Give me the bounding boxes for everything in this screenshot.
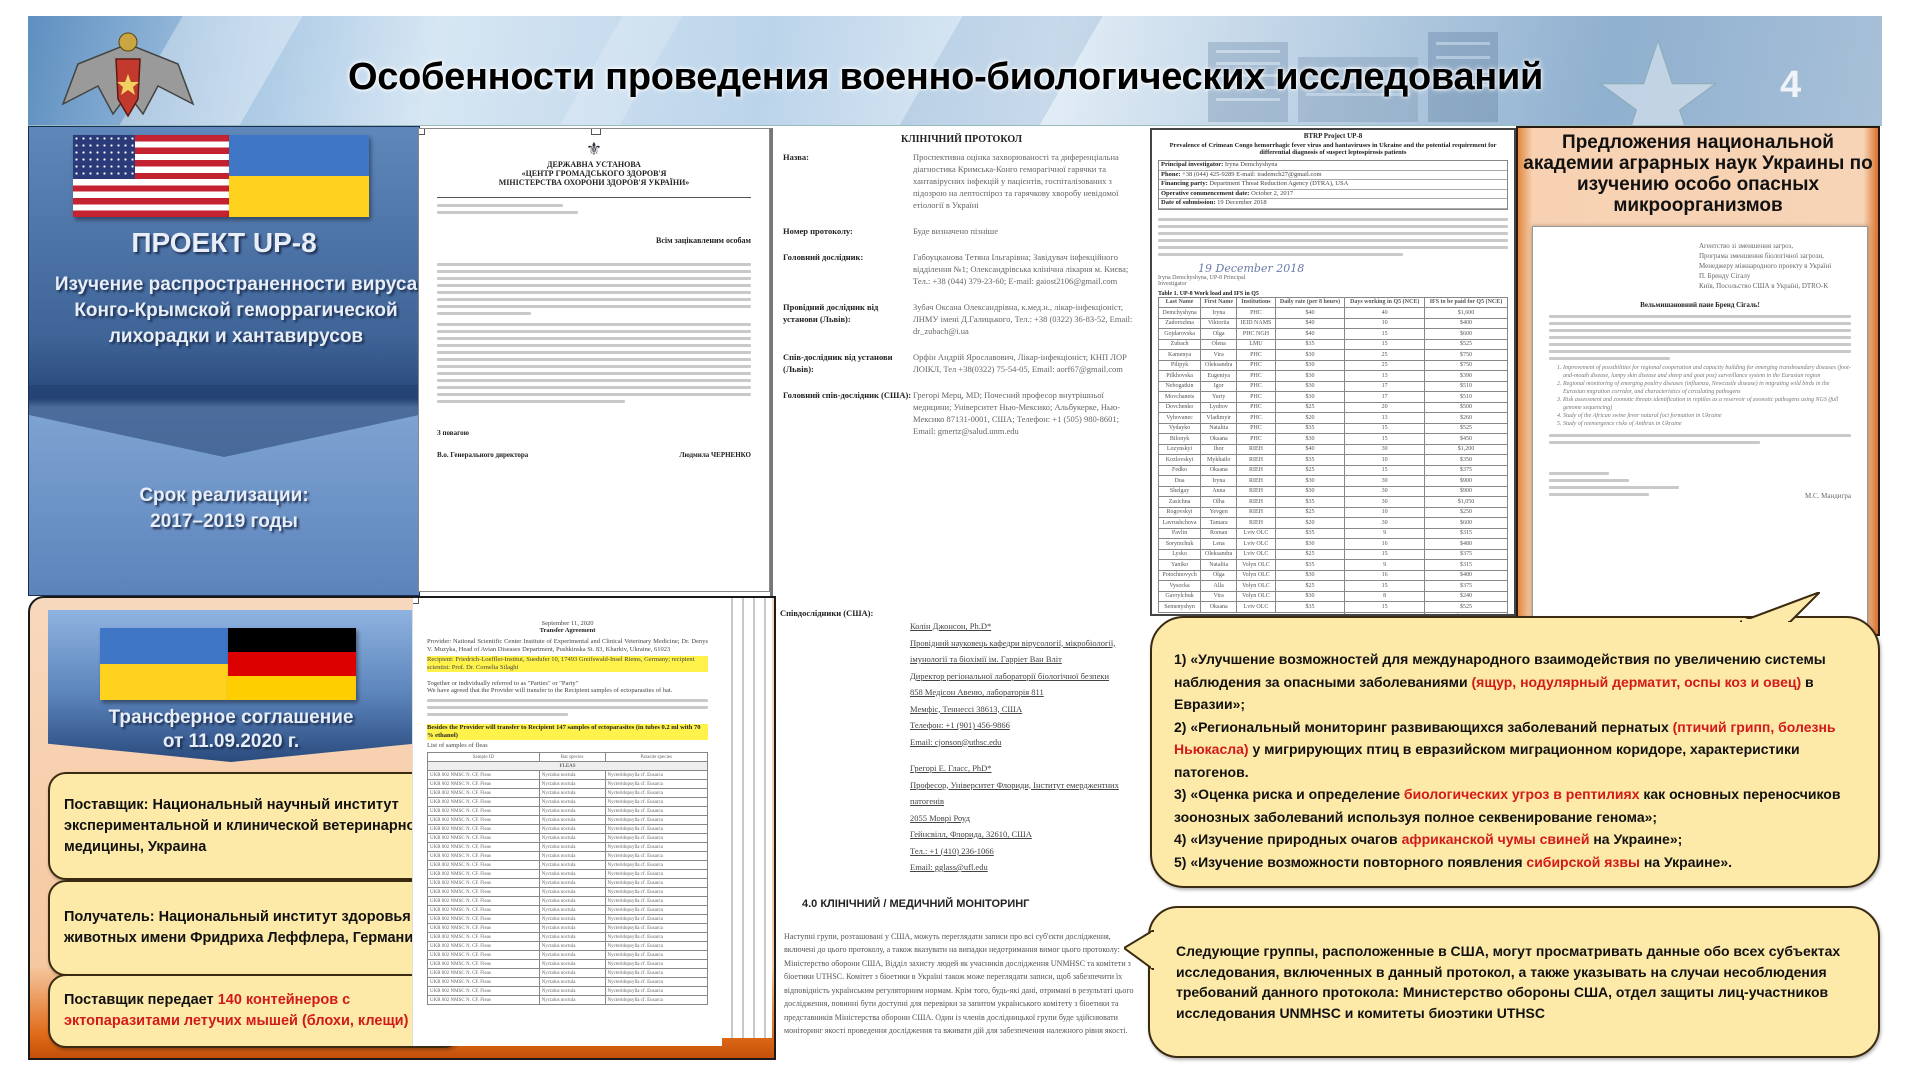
- table-row: KamenyaViraPHC$3025$750: [1159, 350, 1508, 361]
- sample-id: UKR 002 NMSC N. CF. Fleas: [428, 870, 540, 879]
- us-groups-text: Следующие группы, расположенные в США, м…: [1176, 941, 1860, 1023]
- table-cell: $400: [1424, 318, 1507, 329]
- table-cell: 15: [1345, 602, 1425, 613]
- parasite-species: Nycteridopsylla cf. Eusarca: [605, 933, 708, 942]
- protocol-field: Головний спів-дослідник (США):Грегорі Ме…: [783, 389, 1140, 437]
- naan-proposals-panel: Предложения национальной академии аграрн…: [1516, 126, 1880, 636]
- table-cell: Lysko: [1159, 549, 1201, 560]
- table-row: UKR 002 NMSC N. CF. FleasNyctalus noctul…: [428, 807, 708, 816]
- letter-item: Improvement of possibilities for regiona…: [1563, 364, 1851, 380]
- info-value: +38 (044) 425-9289 E-mail: irademch27@gm…: [1182, 171, 1321, 178]
- coinvestigators-label: Співдослідники (США):: [780, 608, 1146, 618]
- table-cell: RIEH: [1237, 486, 1275, 497]
- table-row: UKR 002 NMSC N. CF. FleasNyctalus noctul…: [428, 852, 708, 861]
- sample-id: UKR 002 NMSC N. CF. Fleas: [428, 789, 540, 798]
- letter-salutation: Вельмишановний пане Бренд Сігаль!: [1549, 301, 1851, 309]
- table-cell: 15: [1345, 581, 1425, 592]
- table-cell: 9: [1345, 528, 1425, 539]
- table-row: UKR 002 NMSC N. CF. FleasNyctalus noctul…: [428, 978, 708, 987]
- table-cell: $525: [1424, 602, 1507, 613]
- table-cell: LMU: [1237, 339, 1275, 350]
- table-cell: 30: [1345, 518, 1425, 529]
- table-cell: Vysocka: [1159, 581, 1201, 592]
- table-cell: $240: [1424, 591, 1507, 602]
- person-line: 2055 Моврі Роуд: [780, 810, 1146, 827]
- list-caption: List of samples of fleas: [427, 742, 708, 749]
- table-row: UKR 002 NMSC N. CF. FleasNyctalus noctul…: [428, 834, 708, 843]
- table-cell: Anna: [1201, 486, 1237, 497]
- person-line: Email: gglass@ufl.edu: [780, 859, 1146, 876]
- field-value: Проспективна оцінка захворюваності та ди…: [913, 151, 1140, 211]
- field-value: Габоуцканова Тетяна Ільгарівна; Завідува…: [913, 251, 1140, 287]
- goal-text: на Украине»;: [1589, 831, 1682, 847]
- parasite-species: Nycteridopsylla cf. Eusarca: [605, 807, 708, 816]
- sample-id: UKR 002 NMSC N. CF. Fleas: [428, 915, 540, 924]
- callout-transfer: Поставщик передает 140 контейнеров с экт…: [48, 974, 462, 1048]
- table-cell: Yuriy: [1201, 392, 1237, 403]
- table-group-row: FLEAS: [428, 762, 708, 771]
- goal-text: 4) «Изучение природных очагов: [1174, 831, 1402, 847]
- parasite-species: Nycteridopsylla cf. Eusarca: [605, 906, 708, 915]
- field-label: Головний дослідник:: [783, 251, 913, 287]
- sample-id: UKR 002 NMSC N. CF. Fleas: [428, 951, 540, 960]
- table-cell: Gojdarovska: [1159, 329, 1201, 340]
- signer-title: В.о. Генерального директора: [437, 451, 528, 459]
- goal-highlight: биологических угроз в рептилиях: [1404, 786, 1640, 802]
- table-row: UKR 002 NMSC N. CF. FleasNyctalus noctul…: [428, 915, 708, 924]
- monitoring-heading: 4.0 КЛІНІЧНИЙ / МЕДИЧНИЙ МОНІТОРИНГ: [802, 898, 1146, 910]
- table-cell: Lozynskyi: [1159, 444, 1201, 455]
- document-naan-letter[interactable]: Агентство зі зменшення загроз,Програма з…: [1532, 226, 1868, 628]
- table-cell: PHC: [1237, 402, 1275, 413]
- info-value: Department Threat Reduction Agency (DTRA…: [1209, 180, 1348, 187]
- bat-species: Nyctalus noctula: [539, 861, 605, 870]
- table-cell: $30: [1275, 539, 1345, 550]
- supplier-text: Поставщик: Национальный научный институт…: [64, 795, 446, 858]
- parasite-species: Nycteridopsylla cf. Eusarca: [605, 843, 708, 852]
- table-cell: Pilipyk: [1159, 360, 1201, 371]
- column-header: First Name: [1201, 297, 1237, 308]
- table-cell: $30: [1275, 392, 1345, 403]
- table-cell: 15: [1345, 434, 1425, 445]
- coinvestigator-johnson: Колін Джонсон, Ph.D*Провідний науковець …: [780, 618, 1146, 750]
- column-header: Institutions: [1237, 297, 1275, 308]
- bat-species: Nyctalus noctula: [539, 780, 605, 789]
- table-cell: 15: [1345, 465, 1425, 476]
- table-cell: Potochnovych: [1159, 570, 1201, 581]
- sample-id: UKR 002 NMSC N. CF. Fleas: [428, 843, 540, 852]
- sample-id: UKR 002 NMSC N. CF. Fleas: [428, 933, 540, 942]
- table-row: UKR 002 NMSC N. CF. FleasNyctalus noctul…: [428, 897, 708, 906]
- table-cell: $900: [1424, 486, 1507, 497]
- table-row: NebogatkinIgorPHC$3017$510: [1159, 381, 1508, 392]
- field-label: Головний спів-дослідник (США):: [783, 389, 913, 437]
- table-cell: $25: [1275, 581, 1345, 592]
- table-row: UKR 002 NMSC N. CF. FleasNyctalus noctul…: [428, 924, 708, 933]
- person-line: Телефон: +1 (901) 456-9866: [780, 717, 1146, 734]
- table-row: UKR 002 NMSC N. CF. FleasNyctalus noctul…: [428, 987, 708, 996]
- sample-id: UKR 002 NMSC N. CF. Fleas: [428, 888, 540, 897]
- parasite-species: Nycteridopsylla cf. Eusarca: [605, 825, 708, 834]
- table-cell: Pilkhovska: [1159, 371, 1201, 382]
- table-cell: Oksana: [1201, 434, 1237, 445]
- info-label: Date of submission:: [1161, 199, 1217, 206]
- table-cell: $30: [1275, 476, 1345, 487]
- resize-handle[interactable]: [412, 598, 419, 604]
- column-header: Days working in Q5 (NCE): [1345, 297, 1425, 308]
- table-cell: $480: [1424, 570, 1507, 581]
- header-banner: Особенности проведения военно-биологичес…: [28, 16, 1882, 126]
- table-row: VysockaAllaVolyn OLC$2515$375: [1159, 581, 1508, 592]
- table-cell: RIEH: [1237, 507, 1275, 518]
- field-value: Зубач Оксана Олександрівна, к.мед.н., лі…: [913, 301, 1140, 337]
- table-cell: 16: [1345, 570, 1425, 581]
- table-cell: $30: [1275, 350, 1345, 361]
- table-row: UKR 002 NMSC N. CF. FleasNyctalus noctul…: [428, 960, 708, 969]
- table-cell: Kamenya: [1159, 350, 1201, 361]
- agreement-date: September 11, 2020: [427, 620, 708, 627]
- sample-id: UKR 002 NMSC N. CF. Fleas: [428, 897, 540, 906]
- bat-species: Nyctalus noctula: [539, 969, 605, 978]
- term-label: Срок реализации:: [29, 483, 419, 509]
- table-cell: Volyn OLC: [1237, 560, 1275, 571]
- info-row: Financing party: Department Threat Reduc…: [1159, 180, 1507, 190]
- table-cell: $1,600: [1424, 308, 1507, 319]
- parasite-species: Nycteridopsylla cf. Eusarca: [605, 888, 708, 897]
- table-cell: $35: [1275, 339, 1345, 350]
- ukraine-flag-icon: [229, 135, 369, 217]
- table-cell: $260: [1424, 413, 1507, 424]
- table-cell: Dovchenko: [1159, 402, 1201, 413]
- protocol-field: Спів-дослідник від установи (Львів):Орфі…: [783, 351, 1140, 375]
- bat-species: Nyctalus noctula: [539, 942, 605, 951]
- report-title: BTRP Project UP-8: [1158, 132, 1508, 140]
- table-row: UKR 002 NMSC N. CF. FleasNyctalus noctul…: [428, 771, 708, 780]
- protocol-field: Головний дослідник:Габоуцканова Тетяна І…: [783, 251, 1140, 287]
- table-cell: 30: [1345, 476, 1425, 487]
- project-description: Изучение распространенности вируса Конго…: [29, 272, 443, 350]
- table-row: MovchanetsYuriyPHC$3017$510: [1159, 392, 1508, 403]
- table-cell: PHC: [1237, 308, 1275, 319]
- table-cell: Olga: [1201, 329, 1237, 340]
- org-line: ДЕРЖАВНА УСТАНОВА: [437, 160, 751, 169]
- table-row: UKR 002 NMSC N. CF. FleasNyctalus noctul…: [428, 789, 708, 798]
- table-cell: 30: [1345, 497, 1425, 508]
- parasite-species: Nycteridopsylla cf. Eusarca: [605, 978, 708, 987]
- table-cell: RIEH: [1237, 465, 1275, 476]
- bat-species: Nyctalus noctula: [539, 987, 605, 996]
- table-cell: $900: [1424, 476, 1507, 487]
- sample-id: UKR 002 NMSC N. CF. Fleas: [428, 906, 540, 915]
- table-cell: Mykhailo: [1201, 455, 1237, 466]
- table-cell: $35: [1275, 497, 1345, 508]
- samples-table: Sample IDBat speciesParasite species FLE…: [427, 752, 708, 1005]
- table-cell: Dua: [1159, 476, 1201, 487]
- table-row: SorymchukLenaLviv OLC$3016$480: [1159, 539, 1508, 550]
- person-line: Тел.: +1 (410) 236-1066: [780, 843, 1146, 860]
- parasite-species: Nycteridopsylla cf. Eusarca: [605, 942, 708, 951]
- table-cell: $525: [1424, 339, 1507, 350]
- bat-species: Nyctalus noctula: [539, 816, 605, 825]
- table-cell: $315: [1424, 560, 1507, 571]
- table-cell: Olena: [1201, 339, 1237, 350]
- addressee: Всім зацікавленим особам: [437, 236, 751, 245]
- closing: З повагою: [437, 429, 751, 437]
- table-row: BilonykOksanaPHC$3015$450: [1159, 434, 1508, 445]
- table-cell: 15: [1345, 423, 1425, 434]
- workload-table: Last NameFirst NameInstitutionsDaily rat…: [1158, 297, 1508, 617]
- bat-species: Nyctalus noctula: [539, 915, 605, 924]
- table-cell: IEID NAMS: [1237, 318, 1275, 329]
- parasite-species: Nycteridopsylla cf. Eusarca: [605, 861, 708, 870]
- callout-supplier: Поставщик: Национальный научный институт…: [48, 772, 462, 880]
- table-cell: $20: [1275, 518, 1345, 529]
- info-value: 19 December 2018: [1217, 199, 1266, 206]
- table-row: SemenyshynOksanaLviv OLC$3515$525: [1159, 602, 1508, 613]
- table-cell: Zasichna: [1159, 497, 1201, 508]
- table-row: YanikoNataliiaVolyn OLC$359$315: [1159, 560, 1508, 571]
- letter-items: Improvement of possibilities for regiona…: [1549, 364, 1851, 428]
- table-row: ZadorozhnaViktoriiaIEID NAMS$4010$400: [1159, 318, 1508, 329]
- bat-species: Nyctalus noctula: [539, 843, 605, 852]
- sample-id: UKR 002 NMSC N. CF. Fleas: [428, 861, 540, 870]
- sample-id: UKR 002 NMSC N. CF. Fleas: [428, 996, 540, 1005]
- table-cell: 9: [1345, 560, 1425, 571]
- table-cell: Fedko: [1159, 465, 1201, 476]
- table-cell: RIEH: [1237, 444, 1275, 455]
- table-cell: $30: [1275, 434, 1345, 445]
- callout-research-goals: 1) «Улучшение возможностей для междунаро…: [1150, 616, 1880, 888]
- term-value: 2017–2019 годы: [29, 509, 419, 535]
- table-cell: $375: [1424, 465, 1507, 476]
- title-line: Трансферное соглашение: [48, 706, 414, 730]
- person-line: Директор регіональної лабораторії біолог…: [780, 668, 1146, 685]
- table-cell: RIEH: [1237, 476, 1275, 487]
- info-label: Operative commencement date:: [1161, 190, 1251, 197]
- table-row: PotochnovychOlgaVolyn OLC$3016$480: [1159, 570, 1508, 581]
- field-label: Номер протоколу:: [783, 225, 913, 237]
- table-cell: Volyn OLC: [1237, 581, 1275, 592]
- table-row: PilipykOleksandraPHC$3025$750: [1159, 360, 1508, 371]
- transfer-title: Трансферное соглашение от 11.09.2020 г.: [48, 706, 414, 754]
- bat-species: Nyctalus noctula: [539, 834, 605, 843]
- goal-item: 4) «Изучение природных очагов африканско…: [1174, 828, 1860, 851]
- bat-species: Nyctalus noctula: [539, 996, 605, 1005]
- table-cell: Olga: [1201, 570, 1237, 581]
- chevron-divider: [29, 385, 419, 457]
- table-cell: Tamara: [1201, 518, 1237, 529]
- recipient-text: Получатель: Национальный институт здоров…: [64, 907, 446, 949]
- sample-id: UKR 002 NMSC N. CF. Fleas: [428, 852, 540, 861]
- table-cell: Eugeniya: [1201, 371, 1237, 382]
- table-row: UKR 002 NMSC N. CF. FleasNyctalus noctul…: [428, 816, 708, 825]
- table-cell: $30: [1275, 360, 1345, 371]
- org-line: МІНІСТЕРСТВА ОХОРОНИ ЗДОРОВ'Я УКРАЇНИ»: [437, 178, 751, 187]
- goal-highlight: сибирской язвы: [1526, 854, 1640, 870]
- goal-item: 1) «Улучшение возможностей для междунаро…: [1174, 648, 1860, 716]
- table-cell: 20: [1345, 402, 1425, 413]
- table-cell: $40: [1275, 444, 1345, 455]
- column-header: IFS to be paid for Q5 (NCE): [1424, 297, 1507, 308]
- table-cell: PHC: [1237, 350, 1275, 361]
- table-row: UKR 002 NMSC N. CF. FleasNyctalus noctul…: [428, 798, 708, 807]
- table-row: PavlinRomanLviv OLC$359$315: [1159, 528, 1508, 539]
- sample-id: UKR 002 NMSC N. CF. Fleas: [428, 960, 540, 969]
- table-row: VyhovanecVladimyirPHC$2013$260: [1159, 413, 1508, 424]
- resize-handle[interactable]: [591, 128, 601, 135]
- column-header: Parasite species: [605, 753, 708, 762]
- field-label: Назва:: [783, 151, 913, 211]
- bat-species: Nyctalus noctula: [539, 879, 605, 888]
- bat-species: Nyctalus noctula: [539, 888, 605, 897]
- table-cell: 40: [1345, 308, 1425, 319]
- table-row: KozlovskyiMykhailoRIEH$3510$350: [1159, 455, 1508, 466]
- table-row: UKR 002 NMSC N. CF. FleasNyctalus noctul…: [428, 861, 708, 870]
- goal-highlight: (ящур, нодулярный дерматит, оспы коз и о…: [1472, 674, 1802, 690]
- table-cell: 15: [1345, 339, 1425, 350]
- table-cell: $390: [1424, 371, 1507, 382]
- info-row: Principal investigator: Iryna Demchyshyn…: [1159, 161, 1507, 171]
- table-cell: 10: [1345, 455, 1425, 466]
- column-header: Daily rate (per 8 hours): [1275, 297, 1345, 308]
- table-row: UKR 002 NMSC N. CF. FleasNyctalus noctul…: [428, 942, 708, 951]
- table-cell: $40: [1275, 318, 1345, 329]
- table-cell: 10: [1345, 507, 1425, 518]
- person-line: 858 Медісон Авеню, лабораторія 811: [780, 684, 1146, 701]
- letter-item: Study of reemergence risks of Anthrax in…: [1563, 420, 1851, 428]
- table-cell: $250: [1424, 507, 1507, 518]
- column-header: Sample ID: [428, 753, 540, 762]
- field-label: Провідний дослідник від установи (Львів)…: [783, 301, 913, 337]
- table-cell: PHC: [1237, 381, 1275, 392]
- protocol-field: Назва:Проспективна оцінка захворюваності…: [783, 151, 1140, 211]
- germany-flag-icon: [228, 628, 356, 700]
- table-row: LavrushchovaTamaraRIEH$2030$600: [1159, 518, 1508, 529]
- table-cell: Volyn OLC: [1237, 591, 1275, 602]
- letter-signer: М.С. Мандигра: [1805, 492, 1851, 500]
- document-btrp-project-report[interactable]: BTRP Project UP-8 Prevalence of Crimean …: [1150, 128, 1516, 616]
- table-cell: Olha: [1201, 497, 1237, 508]
- table-cell: RIEH: [1237, 455, 1275, 466]
- bat-species: Nyctalus noctula: [539, 897, 605, 906]
- table-cell: $35: [1275, 528, 1345, 539]
- parasite-species: Nycteridopsylla cf. Eusarca: [605, 987, 708, 996]
- agreement-provider: Provider: National Scientific Center Ins…: [427, 638, 708, 654]
- document-coinvestigators-monitoring[interactable]: Співдослідники (США): Колін Джонсон, Ph.…: [776, 600, 1150, 1060]
- table-row: UKR 002 NMSC N. CF. FleasNyctalus noctul…: [428, 780, 708, 789]
- table-cell: Vyhovanec: [1159, 413, 1201, 424]
- table-cell: Roman: [1201, 528, 1237, 539]
- table-cell: Movchanets: [1159, 392, 1201, 403]
- field-value: Орфін Андрій Ярославович, Лікар-інфекціо…: [913, 351, 1140, 375]
- agreement-body: We have agreed that the Provider will tr…: [427, 687, 708, 695]
- table-row: ShelgayAnnaRIEH$3030$900: [1159, 486, 1508, 497]
- usa-flag-icon: [73, 135, 229, 217]
- goal-item: 3) «Оценка риска и определение биологиче…: [1174, 783, 1860, 828]
- protocol-title: КЛІНІЧНИЙ ПРОТОКОЛ: [783, 134, 1140, 145]
- table-cell: Sorymchuk: [1159, 539, 1201, 550]
- table-cell: $600: [1424, 518, 1507, 529]
- column-header: Last Name: [1159, 297, 1201, 308]
- sample-id: UKR 002 NMSC N. CF. Fleas: [428, 924, 540, 933]
- info-label: Phone:: [1161, 171, 1182, 178]
- table-cell: $40: [1275, 329, 1345, 340]
- agreement-title: Transfer Agreement: [427, 627, 708, 634]
- protocol-field: Провідний дослідник від установи (Львів)…: [783, 301, 1140, 337]
- naan-title: Предложения национальной академии аграрн…: [1522, 132, 1874, 216]
- table-cell: Yevgen: [1201, 507, 1237, 518]
- table-cell: Shelgay: [1159, 486, 1201, 497]
- table-cell: $25: [1275, 402, 1345, 413]
- table-cell: Iryna: [1201, 308, 1237, 319]
- table-cell: Lavrushchova: [1159, 518, 1201, 529]
- bat-species: Nyctalus noctula: [539, 807, 605, 816]
- sample-id: UKR 002 NMSC N. CF. Fleas: [428, 987, 540, 996]
- info-value: October 2, 2017: [1251, 190, 1293, 197]
- table-row: UKR 002 NMSC N. CF. FleasNyctalus noctul…: [428, 843, 708, 852]
- table-cell: Lena: [1201, 539, 1237, 550]
- table-cell: $35: [1275, 602, 1345, 613]
- parasite-species: Nycteridopsylla cf. Eusarca: [605, 969, 708, 978]
- bat-species: Nyctalus noctula: [539, 978, 605, 987]
- sample-id: UKR 002 NMSC N. CF. Fleas: [428, 771, 540, 780]
- table-cell: $1,050: [1424, 497, 1507, 508]
- table-row: RogovskyiYevgenRIEH$2510$250: [1159, 507, 1508, 518]
- table-cell: Lviv OLC: [1237, 602, 1275, 613]
- document-clinical-protocol[interactable]: КЛІНІЧНИЙ ПРОТОКОЛ Назва:Проспективна оц…: [770, 128, 1150, 598]
- table-row: FedkoOksanaRIEH$2515$375: [1159, 465, 1508, 476]
- agreement-highlight: Besides the Provider will transfer to Re…: [427, 724, 708, 740]
- agreement-parties: Together or individually referred to as …: [427, 680, 708, 687]
- callout-pointer: [1740, 592, 1820, 622]
- callout-recipient: Получатель: Национальный институт здоров…: [48, 880, 462, 976]
- table-cell: $510: [1424, 381, 1507, 392]
- table-cell: $35: [1275, 423, 1345, 434]
- info-row: Date of submission: 19 December 2018: [1159, 199, 1507, 209]
- table-cell: $1,200: [1424, 444, 1507, 455]
- parasite-species: Nycteridopsylla cf. Eusarca: [605, 897, 708, 906]
- table-cell: PHC: [1237, 413, 1275, 424]
- person-line: Провідний науковець кафедри вірусології,…: [780, 635, 1146, 668]
- table-cell: Lyubov: [1201, 402, 1237, 413]
- table-cell: Oleksandra: [1201, 360, 1237, 371]
- table-cell: Oleksandra: [1201, 549, 1237, 560]
- table-cell: Viktoriia: [1201, 318, 1237, 329]
- table-cell: PHC: [1237, 434, 1275, 445]
- bat-species: Nyctalus noctula: [539, 852, 605, 861]
- goal-text: 2) «Региональный мониторинг развивающихс…: [1174, 719, 1673, 735]
- table-cell: Gavrylchuk: [1159, 591, 1201, 602]
- parasite-species: Nycteridopsylla cf. Eusarca: [605, 816, 708, 825]
- parasite-species: Nycteridopsylla cf. Eusarca: [605, 996, 708, 1005]
- table-cell: $30: [1275, 486, 1345, 497]
- parasite-species: Nycteridopsylla cf. Eusarca: [605, 780, 708, 789]
- protocol-field: Номер протоколу:Буде визначено пізніше: [783, 225, 1140, 237]
- table-cell: 30: [1345, 486, 1425, 497]
- column-header: Bat species: [539, 753, 605, 762]
- document-ukraine-public-health-letter[interactable]: ⚜ ДЕРЖАВНА УСТАНОВА «ЦЕНТР ГРОМАДСЬКОГО …: [418, 128, 770, 592]
- title-date: от 11.09.2020 г.: [48, 730, 414, 754]
- table-cell: Semenyshyn: [1159, 602, 1201, 613]
- table-cell: Nataliia: [1201, 560, 1237, 571]
- resize-handle[interactable]: [418, 128, 425, 135]
- defense-ministry-emblem-icon: [58, 24, 198, 126]
- table-cell: PHC: [1237, 371, 1275, 382]
- document-transfer-agreement[interactable]: September 11, 2020 Transfer Agreement Pr…: [412, 598, 722, 1046]
- table-row: UKR 002 NMSC N. CF. FleasNyctalus noctul…: [428, 906, 708, 915]
- table-cell: Bilonyk: [1159, 434, 1201, 445]
- transfer-prefix: Поставщик передает: [64, 992, 218, 1008]
